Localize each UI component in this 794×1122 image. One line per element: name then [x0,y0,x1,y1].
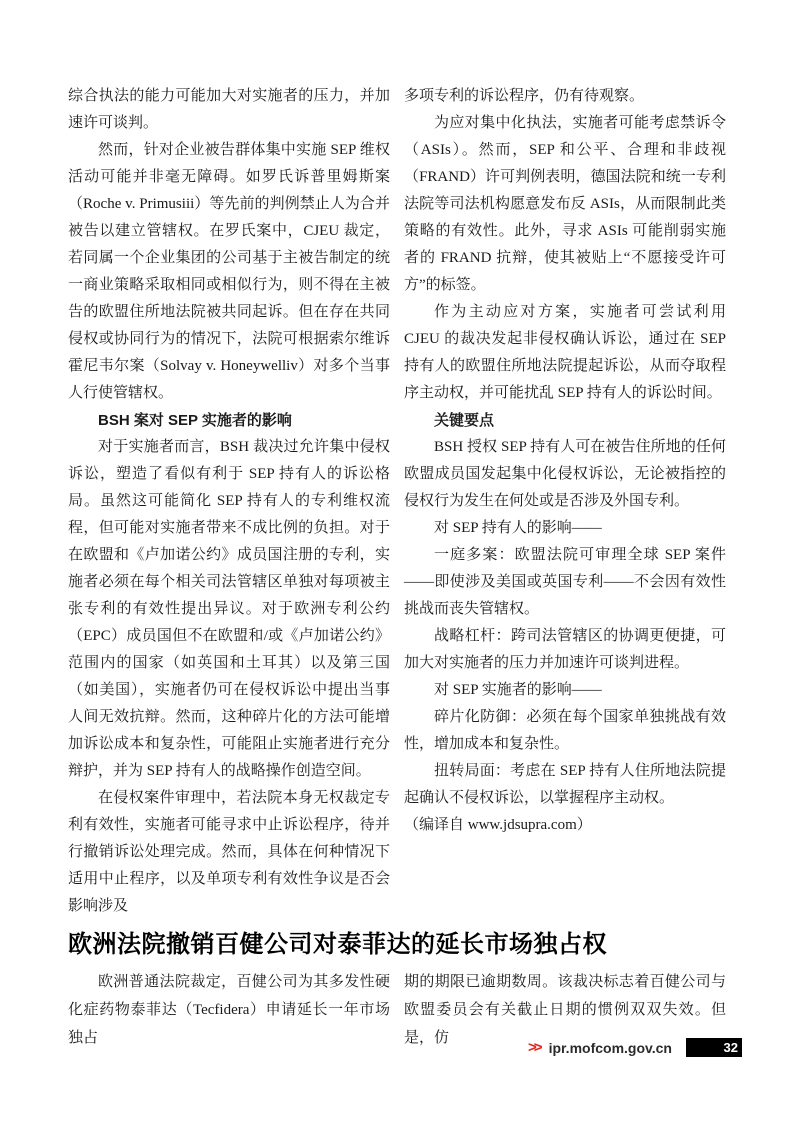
second-article-column-left: 欧洲普通法院裁定，百健公司为其多发性硬化症药物泰菲达（Tecfidera）申请延… [68,968,390,1052]
credit-line: （编译自 www.jdsupra.com） [404,812,726,839]
site-url: ipr.mofcom.gov.cn [549,1040,672,1056]
paragraph: 然而，针对企业被告群体集中实施 SEP 维权活动可能并非毫无障碍。如罗氏诉普里姆… [68,137,390,407]
second-article-title: 欧洲法院撤销百健公司对泰菲达的延长市场独占权 [68,924,726,959]
paragraph: 战略杠杆：跨司法管辖区的协调更便捷，可加大对实施者的压力并加速许可谈判进程。 [404,623,726,677]
page-footer: >> ipr.mofcom.gov.cn 32 [528,1038,742,1057]
paragraph: 对 SEP 实施者的影响—— [404,677,726,704]
paragraph: 扭转局面：考虑在 SEP 持有人住所地法院提起确认不侵权诉讼，以掌握程序主动权。 [404,758,726,812]
main-article: 综合执法的能力可能加大对实施者的压力，并加速许可谈判。 然而，针对企业被告群体集… [68,83,726,920]
double-chevron-icon: >> [528,1039,540,1056]
paragraph: 碎片化防御：必须在每个国家单独挑战有效性，增加成本和复杂性。 [404,704,726,758]
page-number-badge: 32 [686,1038,742,1057]
section-subheading: 关键要点 [404,407,726,434]
paragraph: 对于实施者而言，BSH 裁决过允许集中侵权诉讼，塑造了看似有利于 SEP 持有人… [68,434,390,785]
paragraph: 一庭多案：欧盟法院可审理全球 SEP 案件——即使涉及美国或英国专利——不会因有… [404,542,726,623]
paragraph: 欧洲普通法院裁定，百健公司为其多发性硬化症药物泰菲达（Tecfidera）申请延… [68,968,390,1052]
document-page: 综合执法的能力可能加大对实施者的压力，并加速许可谈判。 然而，针对企业被告群体集… [0,0,794,1122]
article-column-right: 多项专利的诉讼程序，仍有待观察。 为应对集中化执法，实施者可能考虑禁诉令（ASI… [404,83,726,920]
paragraph: 在侵权案件审理中，若法院本身无权裁定专利有效性，实施者可能寻求中止诉讼程序，待并… [68,785,390,920]
paragraph: 作为主动应对方案，实施者可尝试利用 CJEU 的裁决发起非侵权确认诉讼，通过在 … [404,299,726,407]
article-column-left: 综合执法的能力可能加大对实施者的压力，并加速许可谈判。 然而，针对企业被告群体集… [68,83,390,920]
paragraph: 对 SEP 持有人的影响—— [404,515,726,542]
paragraph: BSH 授权 SEP 持有人可在被告住所地的任何欧盟成员国发起集中化侵权诉讼，无… [404,434,726,515]
paragraph: 为应对集中化执法，实施者可能考虑禁诉令（ASIs）。然而，SEP 和公平、合理和… [404,110,726,299]
second-article: 欧洲法院撤销百健公司对泰菲达的延长市场独占权 欧洲普通法院裁定，百健公司为其多发… [68,924,726,1052]
paragraph: 多项专利的诉讼程序，仍有待观察。 [404,83,726,110]
section-subheading: BSH 案对 SEP 实施者的影响 [68,407,390,434]
paragraph: 综合执法的能力可能加大对实施者的压力，并加速许可谈判。 [68,83,390,137]
